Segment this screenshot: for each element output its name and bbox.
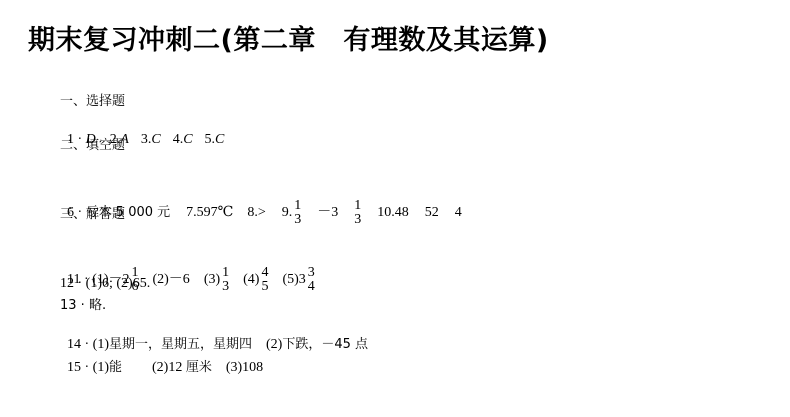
q9-prefix: 9. — [282, 205, 293, 220]
q15-prefix: 15 · (1) — [67, 360, 109, 375]
q7-answer: 7.597℃ — [186, 205, 233, 220]
section-heading-fill: 二、填空题 — [60, 138, 125, 154]
q9-fraction-2: 13 — [353, 199, 362, 227]
q11-p5-whole: 3 — [299, 272, 306, 287]
q9-fraction-1: 13 — [293, 199, 302, 227]
q11-p5-fraction: 34 — [307, 266, 316, 294]
q11-p5-label: (5) — [282, 272, 298, 287]
answer-3: C — [151, 132, 160, 147]
q15-part3: (3)108 — [226, 360, 263, 375]
q10-answer: 10.48 — [377, 205, 409, 220]
q11-p4-fraction: 45 — [260, 266, 269, 294]
page-title: 期末复习冲刺二(第二章 有理数及其运算) — [28, 18, 549, 57]
q11-p4-label: (4) — [243, 272, 259, 287]
q14-part2: 下跌，－45 点 — [282, 337, 368, 352]
answer-4: C — [183, 132, 192, 147]
q12-answer: 12 · (1)6; (2)65. — [60, 276, 150, 292]
q15-answer: 15 · (1)能(2)12 厘米(3)108 — [60, 344, 263, 376]
section-heading-choice: 一、选择题 — [60, 94, 125, 110]
q13-answer: 13 · 略. — [60, 298, 106, 314]
q9-middle: －3 — [317, 205, 338, 220]
q10-answer-c: 4 — [455, 205, 462, 220]
answer-3-num: 3. — [141, 132, 152, 147]
section-heading-solve: 三、解答题 — [60, 207, 125, 223]
answer-4-num: 4. — [173, 132, 184, 147]
answer-5-num: 5. — [205, 132, 216, 147]
q15-part2-label: (2)12 — [152, 360, 186, 375]
q14-part2-label: (2) — [266, 337, 282, 352]
q11-p3-label: (3) — [204, 272, 220, 287]
answer-5: C — [215, 132, 224, 147]
q8-answer: 8.> — [247, 205, 265, 220]
q11-p3-fraction: 13 — [221, 266, 230, 294]
q15-part2-unit: 厘米 — [186, 360, 212, 375]
q11-p2: (2)－6 — [152, 272, 189, 287]
q10-answer-b: 52 — [425, 205, 439, 220]
q15-part1: 能 — [109, 360, 122, 375]
